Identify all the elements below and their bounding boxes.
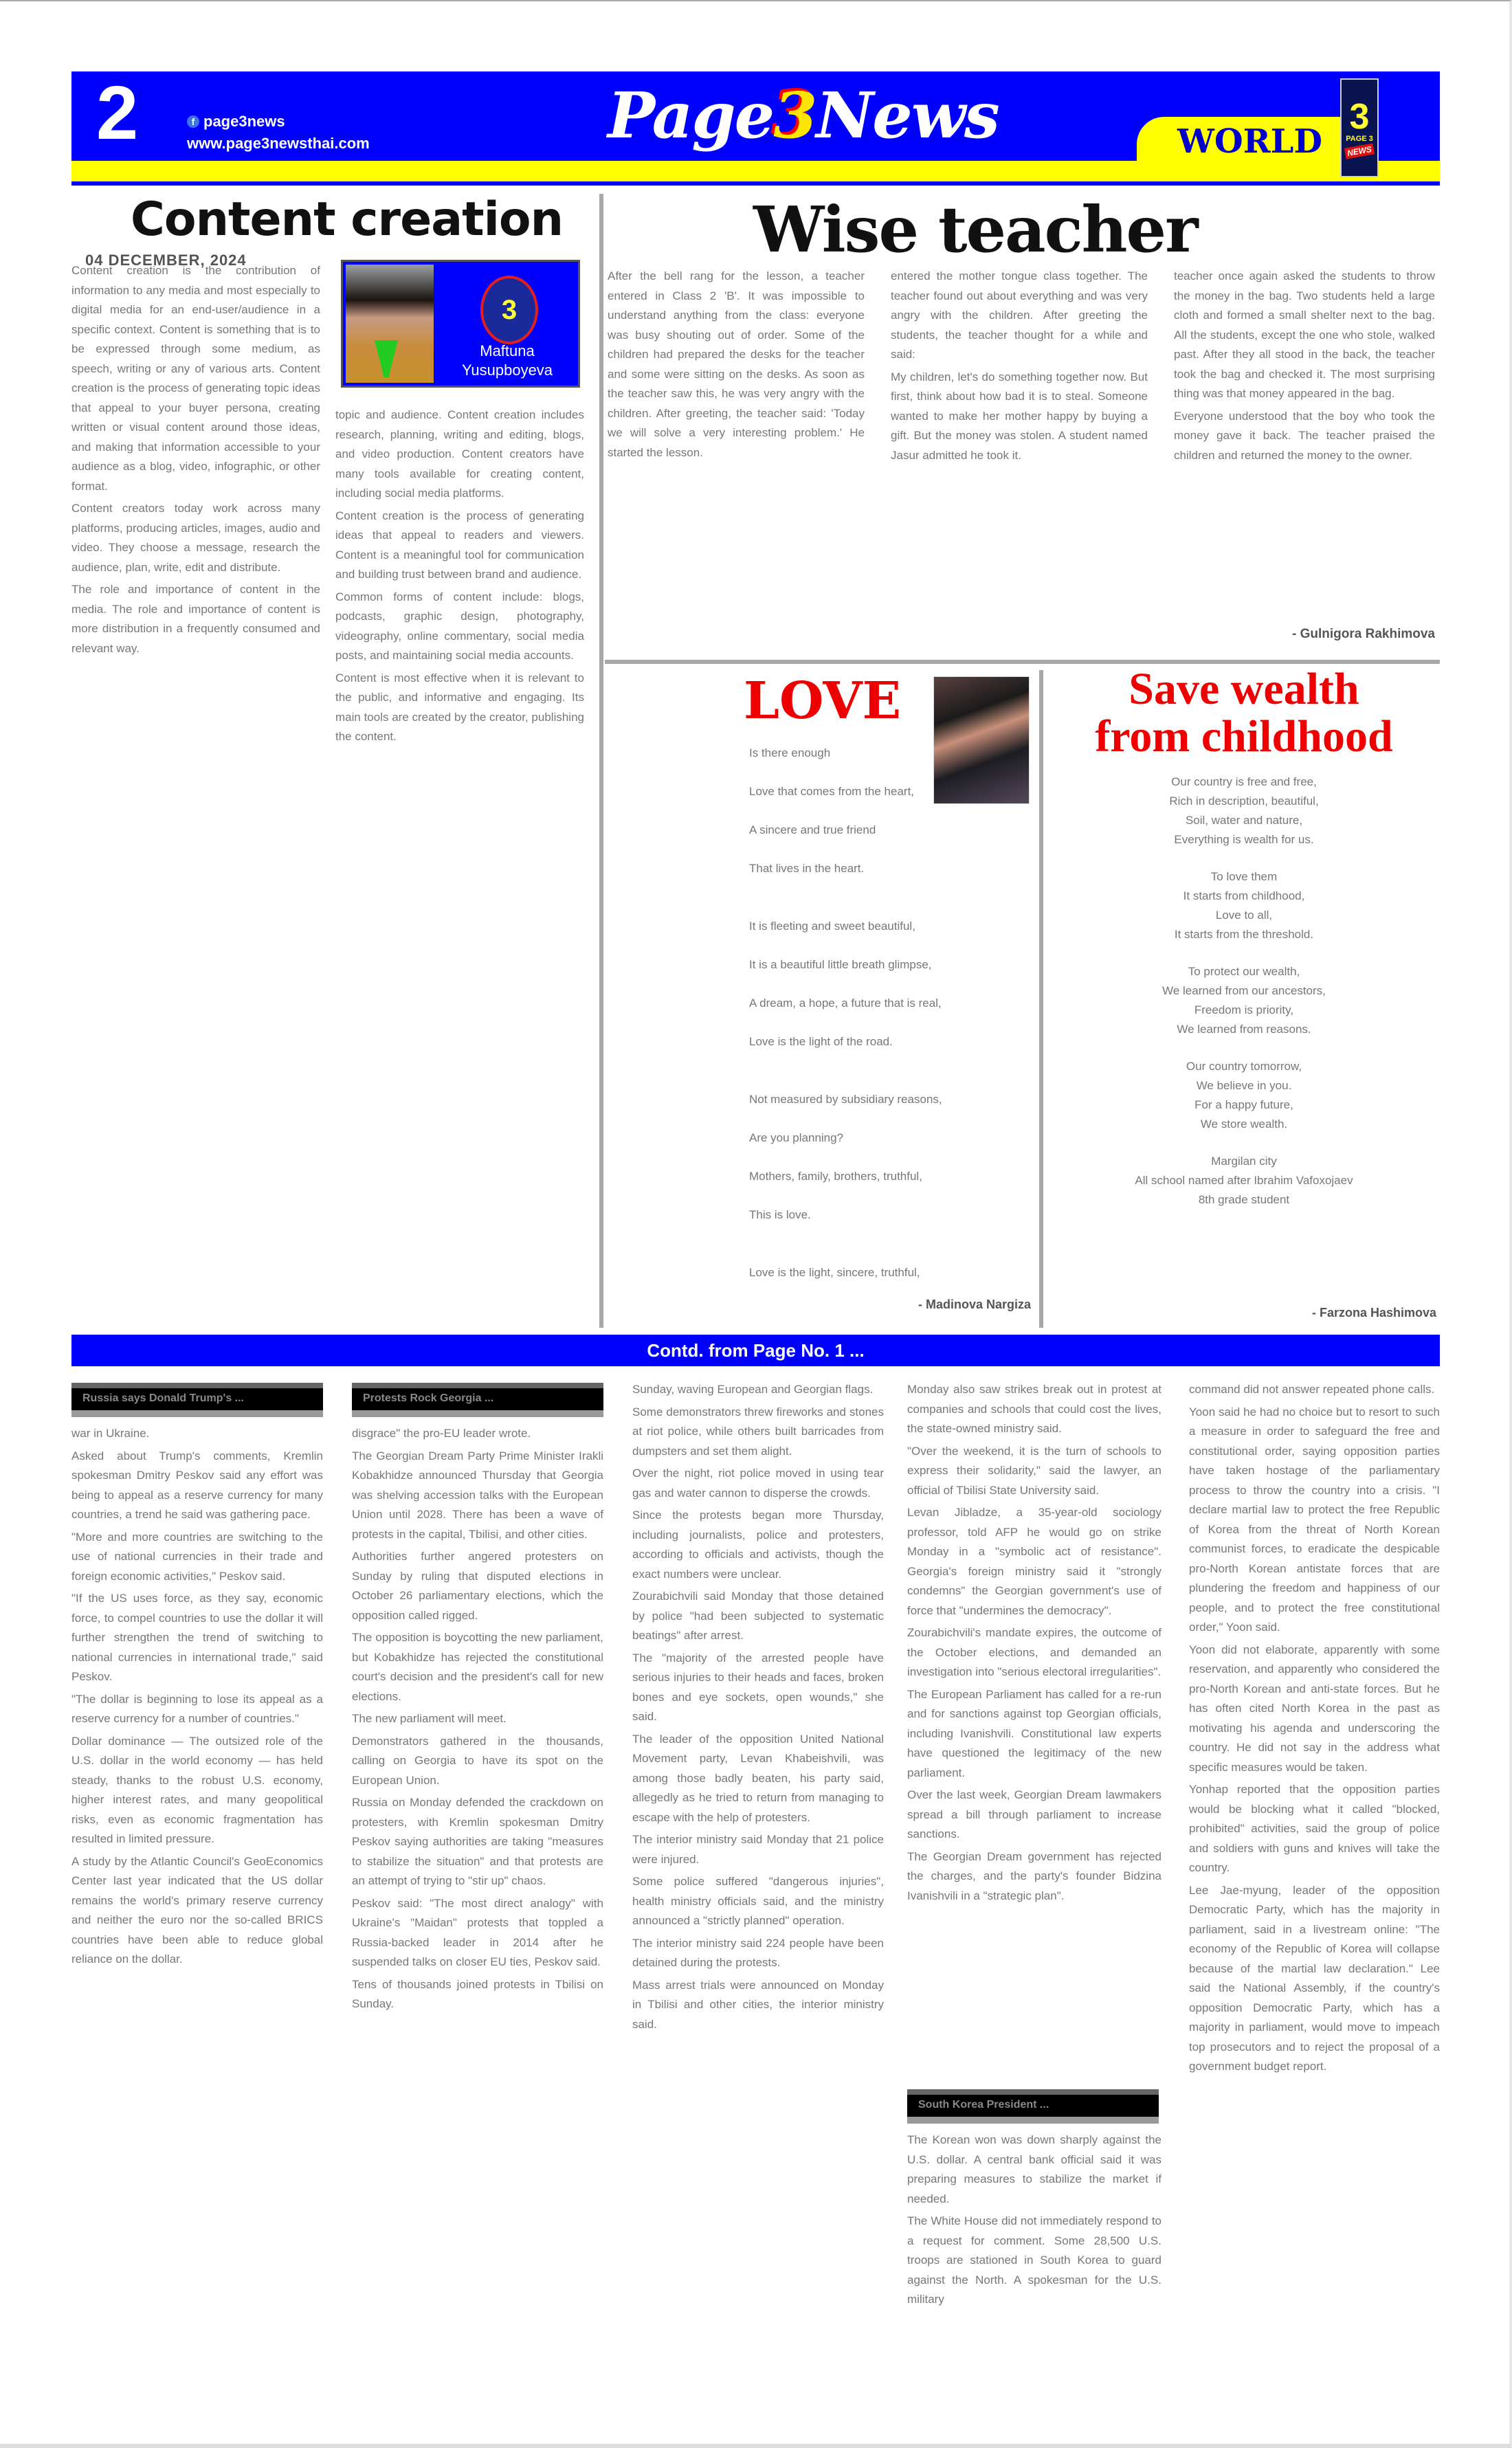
section-label: WORLD xyxy=(1177,122,1322,161)
facebook-handle: page3news xyxy=(203,113,285,131)
badge-line2: NEWS xyxy=(1344,143,1375,159)
title-three: 3 xyxy=(773,78,816,153)
article-column: Content creation is the contribution of … xyxy=(71,261,320,1323)
section-tab: WORLD xyxy=(1137,117,1343,162)
article-column: The Korean won was down sharply against … xyxy=(907,2130,1161,2368)
article-column: command did not answer repeated phone ca… xyxy=(1189,1380,1440,2377)
author-photo xyxy=(346,265,434,383)
facebook-link[interactable]: f page3news xyxy=(187,113,285,131)
article-column: disgrace" the pro-EU leader wrote.The Ge… xyxy=(352,1424,603,2366)
story-tag: Protests Rock Georgia ... xyxy=(352,1383,603,1417)
masthead-date-strip: 04 DECEMBER, 2024 xyxy=(71,161,1440,181)
page-number: 2 xyxy=(96,76,138,151)
facebook-icon: f xyxy=(187,115,199,128)
headline: Content creation xyxy=(131,192,563,247)
byline: - Gulnigora Rakhimova xyxy=(1174,627,1435,642)
byline: - Madinova Nargiza xyxy=(749,1298,1031,1312)
article-column: topic and audience. Content creation inc… xyxy=(335,405,584,1323)
continued-banner: Contd. from Page No. 1 ... xyxy=(71,1335,1440,1366)
page3-badge-logo: 3 PAGE 3 NEWS xyxy=(1340,78,1379,177)
poem-body: Our country is free and free,Rich in des… xyxy=(1052,772,1436,1267)
author-name: Maftuna Yusupboyeva xyxy=(436,342,578,380)
headline: Save wealth from childhood xyxy=(1052,665,1436,761)
column-divider xyxy=(1039,670,1043,1328)
author-card: 3 Maftuna Yusupboyeva xyxy=(341,260,580,388)
article-column: Monday also saw strikes break out in pro… xyxy=(907,1380,1161,2081)
story-tag: South Korea President ... xyxy=(907,2089,1159,2124)
title-right: News xyxy=(816,78,999,153)
website-link[interactable]: www.page3newsthai.com xyxy=(187,135,370,153)
headline: LOVE xyxy=(744,675,901,728)
story-tag: Russia says Donald Trump's ... xyxy=(71,1383,323,1417)
poem-body: Is there enough Love that comes from the… xyxy=(749,744,1031,1280)
article-column: teacher once again asked the students to… xyxy=(1174,267,1435,631)
masthead: 2 f page3news www.page3newsthai.com Page… xyxy=(71,71,1440,186)
column-divider xyxy=(599,194,603,1328)
title-left: Page xyxy=(608,78,773,153)
byline: - Farzona Hashimova xyxy=(1052,1306,1436,1320)
article-column: war in Ukraine.Asked about Trump's comme… xyxy=(71,1424,323,2366)
headline: Wise teacher xyxy=(753,192,1197,267)
article-column: entered the mother tongue class together… xyxy=(891,267,1148,652)
badge-number: 3 xyxy=(1350,99,1370,135)
page3-logo: 3 xyxy=(480,276,538,344)
newspaper-title: Page3News xyxy=(608,78,999,153)
article-column: Sunday, waving European and Georgian fla… xyxy=(632,1380,884,2370)
article-column: After the bell rang for the lesson, a te… xyxy=(608,267,865,652)
masthead-rule xyxy=(71,181,1440,186)
badge-line1: PAGE 3 xyxy=(1346,135,1373,143)
